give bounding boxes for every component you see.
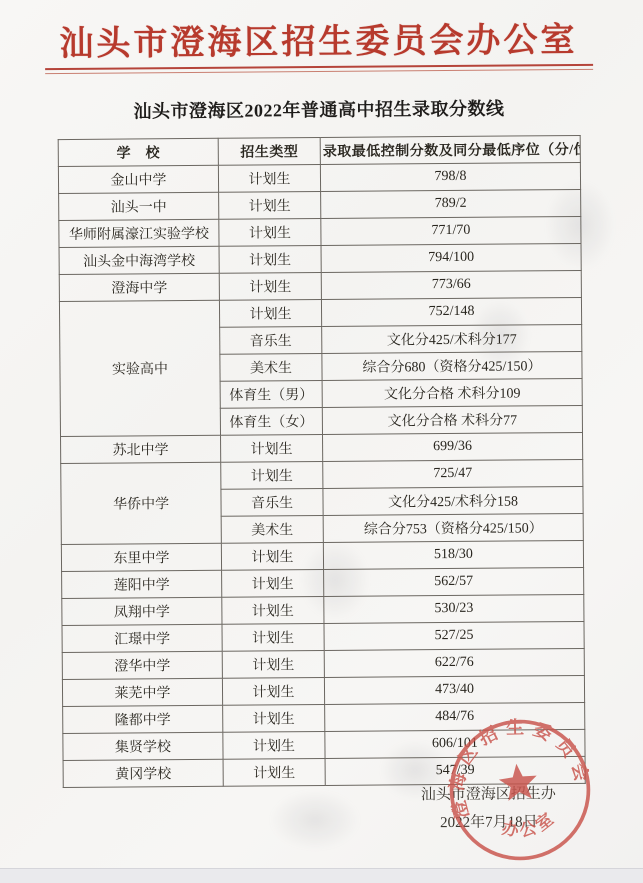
type-cell: 计划生: [223, 758, 325, 786]
type-cell: 计划生: [221, 461, 323, 489]
school-cell: 汇璟中学: [62, 624, 222, 652]
school-cell: 东里中学: [61, 543, 221, 571]
school-cell: 澄海中学: [59, 273, 219, 301]
table-row: 澄华中学计划生622/76: [62, 648, 584, 679]
type-cell: 音乐生: [220, 326, 322, 354]
school-cell: 隆都中学: [63, 705, 223, 733]
score-cell: 文化分425/术科分177: [322, 324, 582, 353]
column-header-score: 录取最低控制分数及同分最低序位（分/位）: [320, 135, 580, 164]
table-row: 凤翔中学计划生530/23: [62, 594, 584, 625]
school-cell: 凤翔中学: [62, 597, 222, 625]
score-cell: 518/30: [323, 540, 583, 569]
score-cell: 530/23: [324, 594, 584, 623]
score-cell: 699/36: [322, 432, 582, 461]
type-cell: 体育生（女）: [220, 407, 322, 435]
score-cell: 综合分753（资格分425/150）: [323, 513, 583, 542]
score-cell: 794/100: [321, 243, 581, 272]
type-cell: 美术生: [221, 515, 323, 543]
score-cell: 562/57: [324, 567, 584, 596]
school-cell: 黄冈学校: [63, 759, 223, 787]
score-cell: 773/66: [321, 270, 581, 299]
school-cell: 莱芜中学: [62, 678, 222, 706]
table-row: 莲阳中学计划生562/57: [62, 567, 584, 598]
type-cell: 计划生: [221, 542, 323, 570]
letterhead-divider: [45, 64, 593, 74]
photo-bottom-edge: [0, 868, 643, 883]
score-cell: 文化分合格 术科分109: [322, 378, 582, 407]
type-cell: 计划生: [219, 245, 321, 273]
score-cell: 752/148: [321, 297, 581, 326]
type-cell: 计划生: [219, 272, 321, 300]
issue-date: 2022年7月18日: [440, 810, 556, 832]
score-cell: 547/39: [325, 756, 585, 785]
type-cell: 美术生: [220, 353, 322, 381]
table-row: 澄海中学计划生773/66: [59, 270, 581, 301]
signature-block: 汕头市澄海区招生办 2022年7月18日: [421, 782, 556, 832]
column-header-school: 学 校: [58, 138, 218, 166]
score-cell: 622/76: [324, 648, 584, 677]
type-cell: 计划生: [222, 677, 324, 705]
score-cell: 文化分合格 术科分77: [322, 405, 582, 434]
table-row: 汕头金中海湾学校计划生794/100: [59, 243, 581, 274]
table-row: 苏北中学计划生699/36: [61, 432, 583, 463]
school-cell: 金山中学: [58, 165, 218, 193]
school-cell: 汕头金中海湾学校: [59, 246, 219, 274]
document-title: 汕头市澄海区2022年普通高中招生录取分数线: [0, 93, 641, 124]
score-cell: 综合分680（资格分425/150）: [322, 351, 582, 380]
type-cell: 计划生: [222, 569, 324, 597]
score-cell: 606/101: [325, 729, 585, 758]
table-row: 东里中学计划生518/30: [61, 540, 583, 571]
score-cell: 789/2: [321, 189, 581, 218]
table-row: 隆都中学计划生484/76: [63, 702, 585, 733]
score-cell: 771/70: [321, 216, 581, 245]
table-row: 金山中学计划生798/8: [58, 162, 580, 193]
scores-table: 学 校 招生类型 录取最低控制分数及同分最低序位（分/位） 金山中学计划生798…: [58, 135, 586, 788]
type-cell: 计划生: [223, 704, 325, 732]
type-cell: 计划生: [222, 596, 324, 624]
type-cell: 计划生: [219, 218, 321, 246]
type-cell: 计划生: [222, 623, 324, 651]
score-cell: 文化分425/术科分158: [323, 486, 583, 515]
school-cell: 汕头一中: [59, 192, 219, 220]
type-cell: 计划生: [218, 165, 320, 193]
table-row: 华师附属濠江实验学校计划生771/70: [59, 216, 581, 247]
type-cell: 计划生: [219, 191, 321, 219]
scanned-document: 汕头市澄海区招生委员会办公室 汕头市澄海区2022年普通高中招生录取分数线 学 …: [0, 0, 643, 883]
score-cell: 725/47: [323, 459, 583, 488]
column-header-type: 招生类型: [218, 138, 320, 166]
table-row: 莱芜中学计划生473/40: [62, 675, 584, 706]
school-cell: 莲阳中学: [62, 570, 222, 598]
score-cell: 527/25: [324, 621, 584, 650]
table-row: 汕头一中计划生789/2: [59, 189, 581, 220]
table-row: 汇璟中学计划生527/25: [62, 621, 584, 652]
type-cell: 计划生: [221, 434, 323, 462]
table-row: 实验高中计划生752/148: [59, 297, 581, 328]
school-cell: 苏北中学: [61, 435, 221, 463]
score-cell: 473/40: [324, 675, 584, 704]
type-cell: 音乐生: [221, 488, 323, 516]
table-row: 集贤学校计划生606/101: [63, 729, 585, 760]
school-cell: 澄华中学: [62, 651, 222, 679]
table-row: 华侨中学计划生725/47: [61, 459, 583, 490]
table-header-row: 学 校 招生类型 录取最低控制分数及同分最低序位（分/位）: [58, 135, 580, 166]
school-cell: 实验高中: [59, 300, 220, 436]
letterhead-title: 汕头市澄海区招生委员会办公室: [0, 11, 640, 65]
type-cell: 体育生（男）: [220, 380, 322, 408]
type-cell: 计划生: [223, 731, 325, 759]
school-cell: 集贤学校: [63, 732, 223, 760]
type-cell: 计划生: [222, 650, 324, 678]
score-cell: 484/76: [325, 702, 585, 731]
school-cell: 华侨中学: [61, 462, 222, 544]
school-cell: 华师附属濠江实验学校: [59, 219, 219, 247]
score-cell: 798/8: [320, 162, 580, 191]
document-page: 汕头市澄海区招生委员会办公室 汕头市澄海区2022年普通高中招生录取分数线 学 …: [0, 0, 643, 872]
type-cell: 计划生: [219, 299, 321, 327]
issuing-office: 汕头市澄海区招生办: [421, 782, 556, 804]
